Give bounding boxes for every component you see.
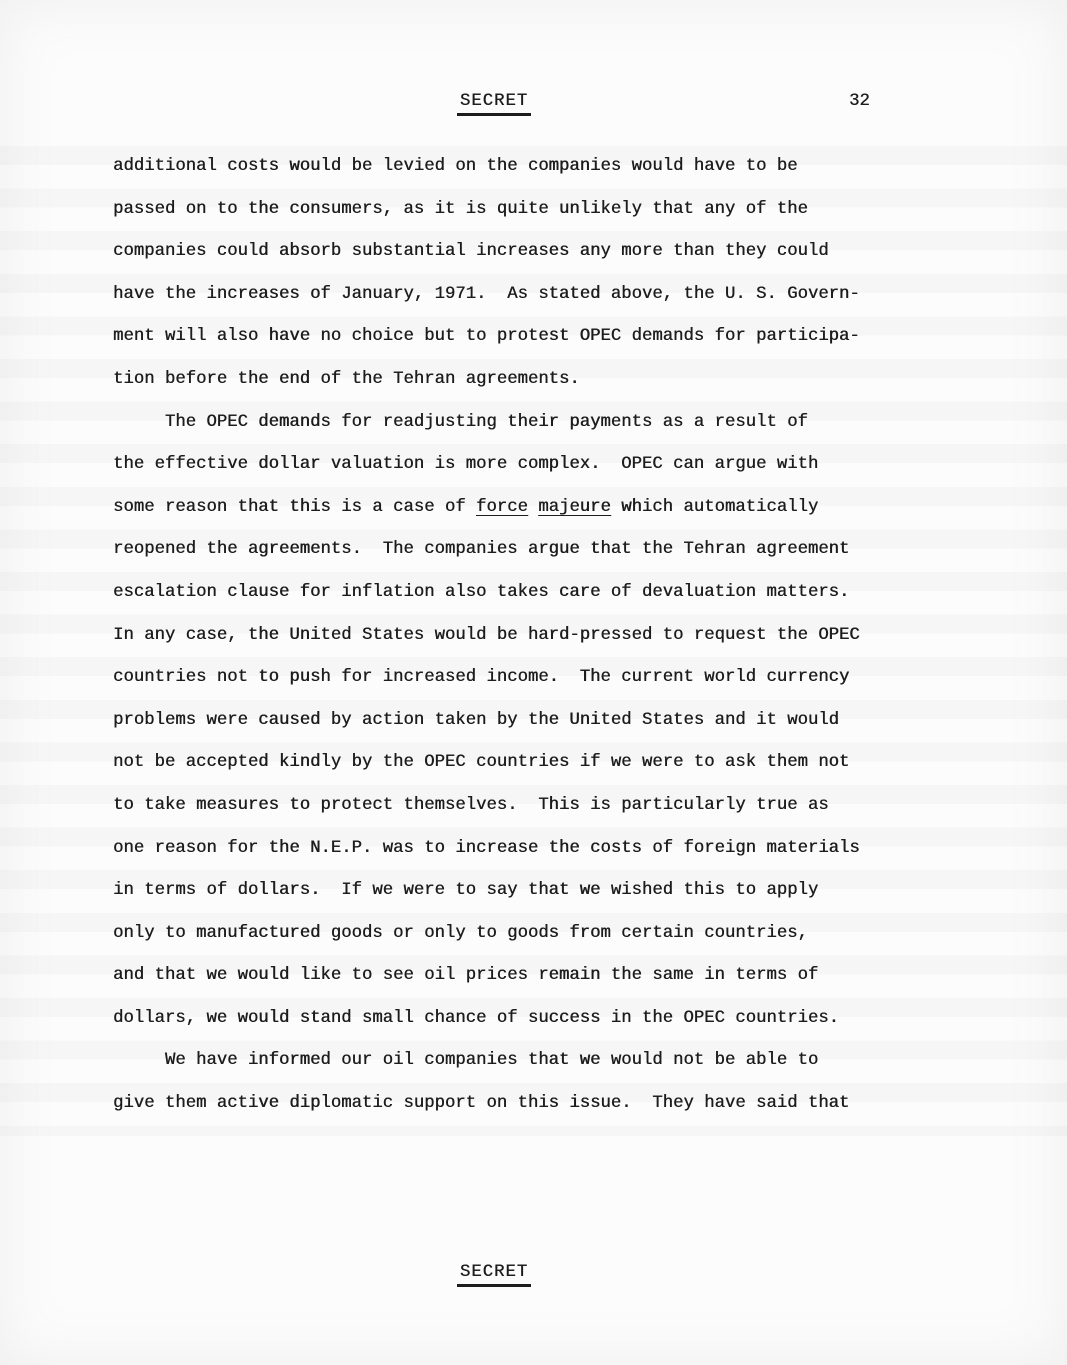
force-majeure-term: majeure xyxy=(538,498,611,517)
document-body: additional costs would be levied on the … xyxy=(113,146,903,1126)
body-line: companies could absorb substantial incre… xyxy=(113,231,903,274)
classification-footer: SECRET xyxy=(457,1263,531,1287)
classification-header: SECRET xyxy=(457,92,531,116)
line-text: some reason that this is a case of xyxy=(113,498,476,517)
body-line: tion before the end of the Tehran agreem… xyxy=(113,359,903,402)
body-line: give them active diplomatic support on t… xyxy=(113,1083,903,1126)
force-majeure-term: force xyxy=(476,498,528,517)
body-line: additional costs would be levied on the … xyxy=(113,146,903,189)
body-line: passed on to the consumers, as it is qui… xyxy=(113,189,903,232)
body-line: escalation clause for inflation also tak… xyxy=(113,572,903,615)
body-line: one reason for the N.E.P. was to increas… xyxy=(113,828,903,871)
body-line: countries not to push for increased inco… xyxy=(113,657,903,700)
document-page: SECRET 32 additional costs would be levi… xyxy=(0,0,1067,1365)
page-footer: SECRET xyxy=(113,1263,875,1287)
body-line: The OPEC demands for readjusting their p… xyxy=(113,402,903,445)
body-line: dollars, we would stand small chance of … xyxy=(113,998,903,1041)
body-line: ment will also have no choice but to pro… xyxy=(113,316,903,359)
line-text: which automatically xyxy=(611,498,818,517)
body-line: In any case, the United States would be … xyxy=(113,615,903,658)
page-number: 32 xyxy=(849,92,870,111)
body-line: only to manufactured goods or only to go… xyxy=(113,913,903,956)
body-line: have the increases of January, 1971. As … xyxy=(113,274,903,317)
page-header: SECRET xyxy=(113,92,875,116)
body-line: in terms of dollars. If we were to say t… xyxy=(113,870,903,913)
body-line: to take measures to protect themselves. … xyxy=(113,785,903,828)
body-line: and that we would like to see oil prices… xyxy=(113,955,903,998)
body-line: the effective dollar valuation is more c… xyxy=(113,444,903,487)
body-line: reopened the agreements. The companies a… xyxy=(113,529,903,572)
body-line-force-majeure: some reason that this is a case of force… xyxy=(113,487,903,530)
line-text xyxy=(528,498,538,517)
body-line: not be accepted kindly by the OPEC count… xyxy=(113,742,903,785)
body-line: We have informed our oil companies that … xyxy=(113,1040,903,1083)
body-line: problems were caused by action taken by … xyxy=(113,700,903,743)
